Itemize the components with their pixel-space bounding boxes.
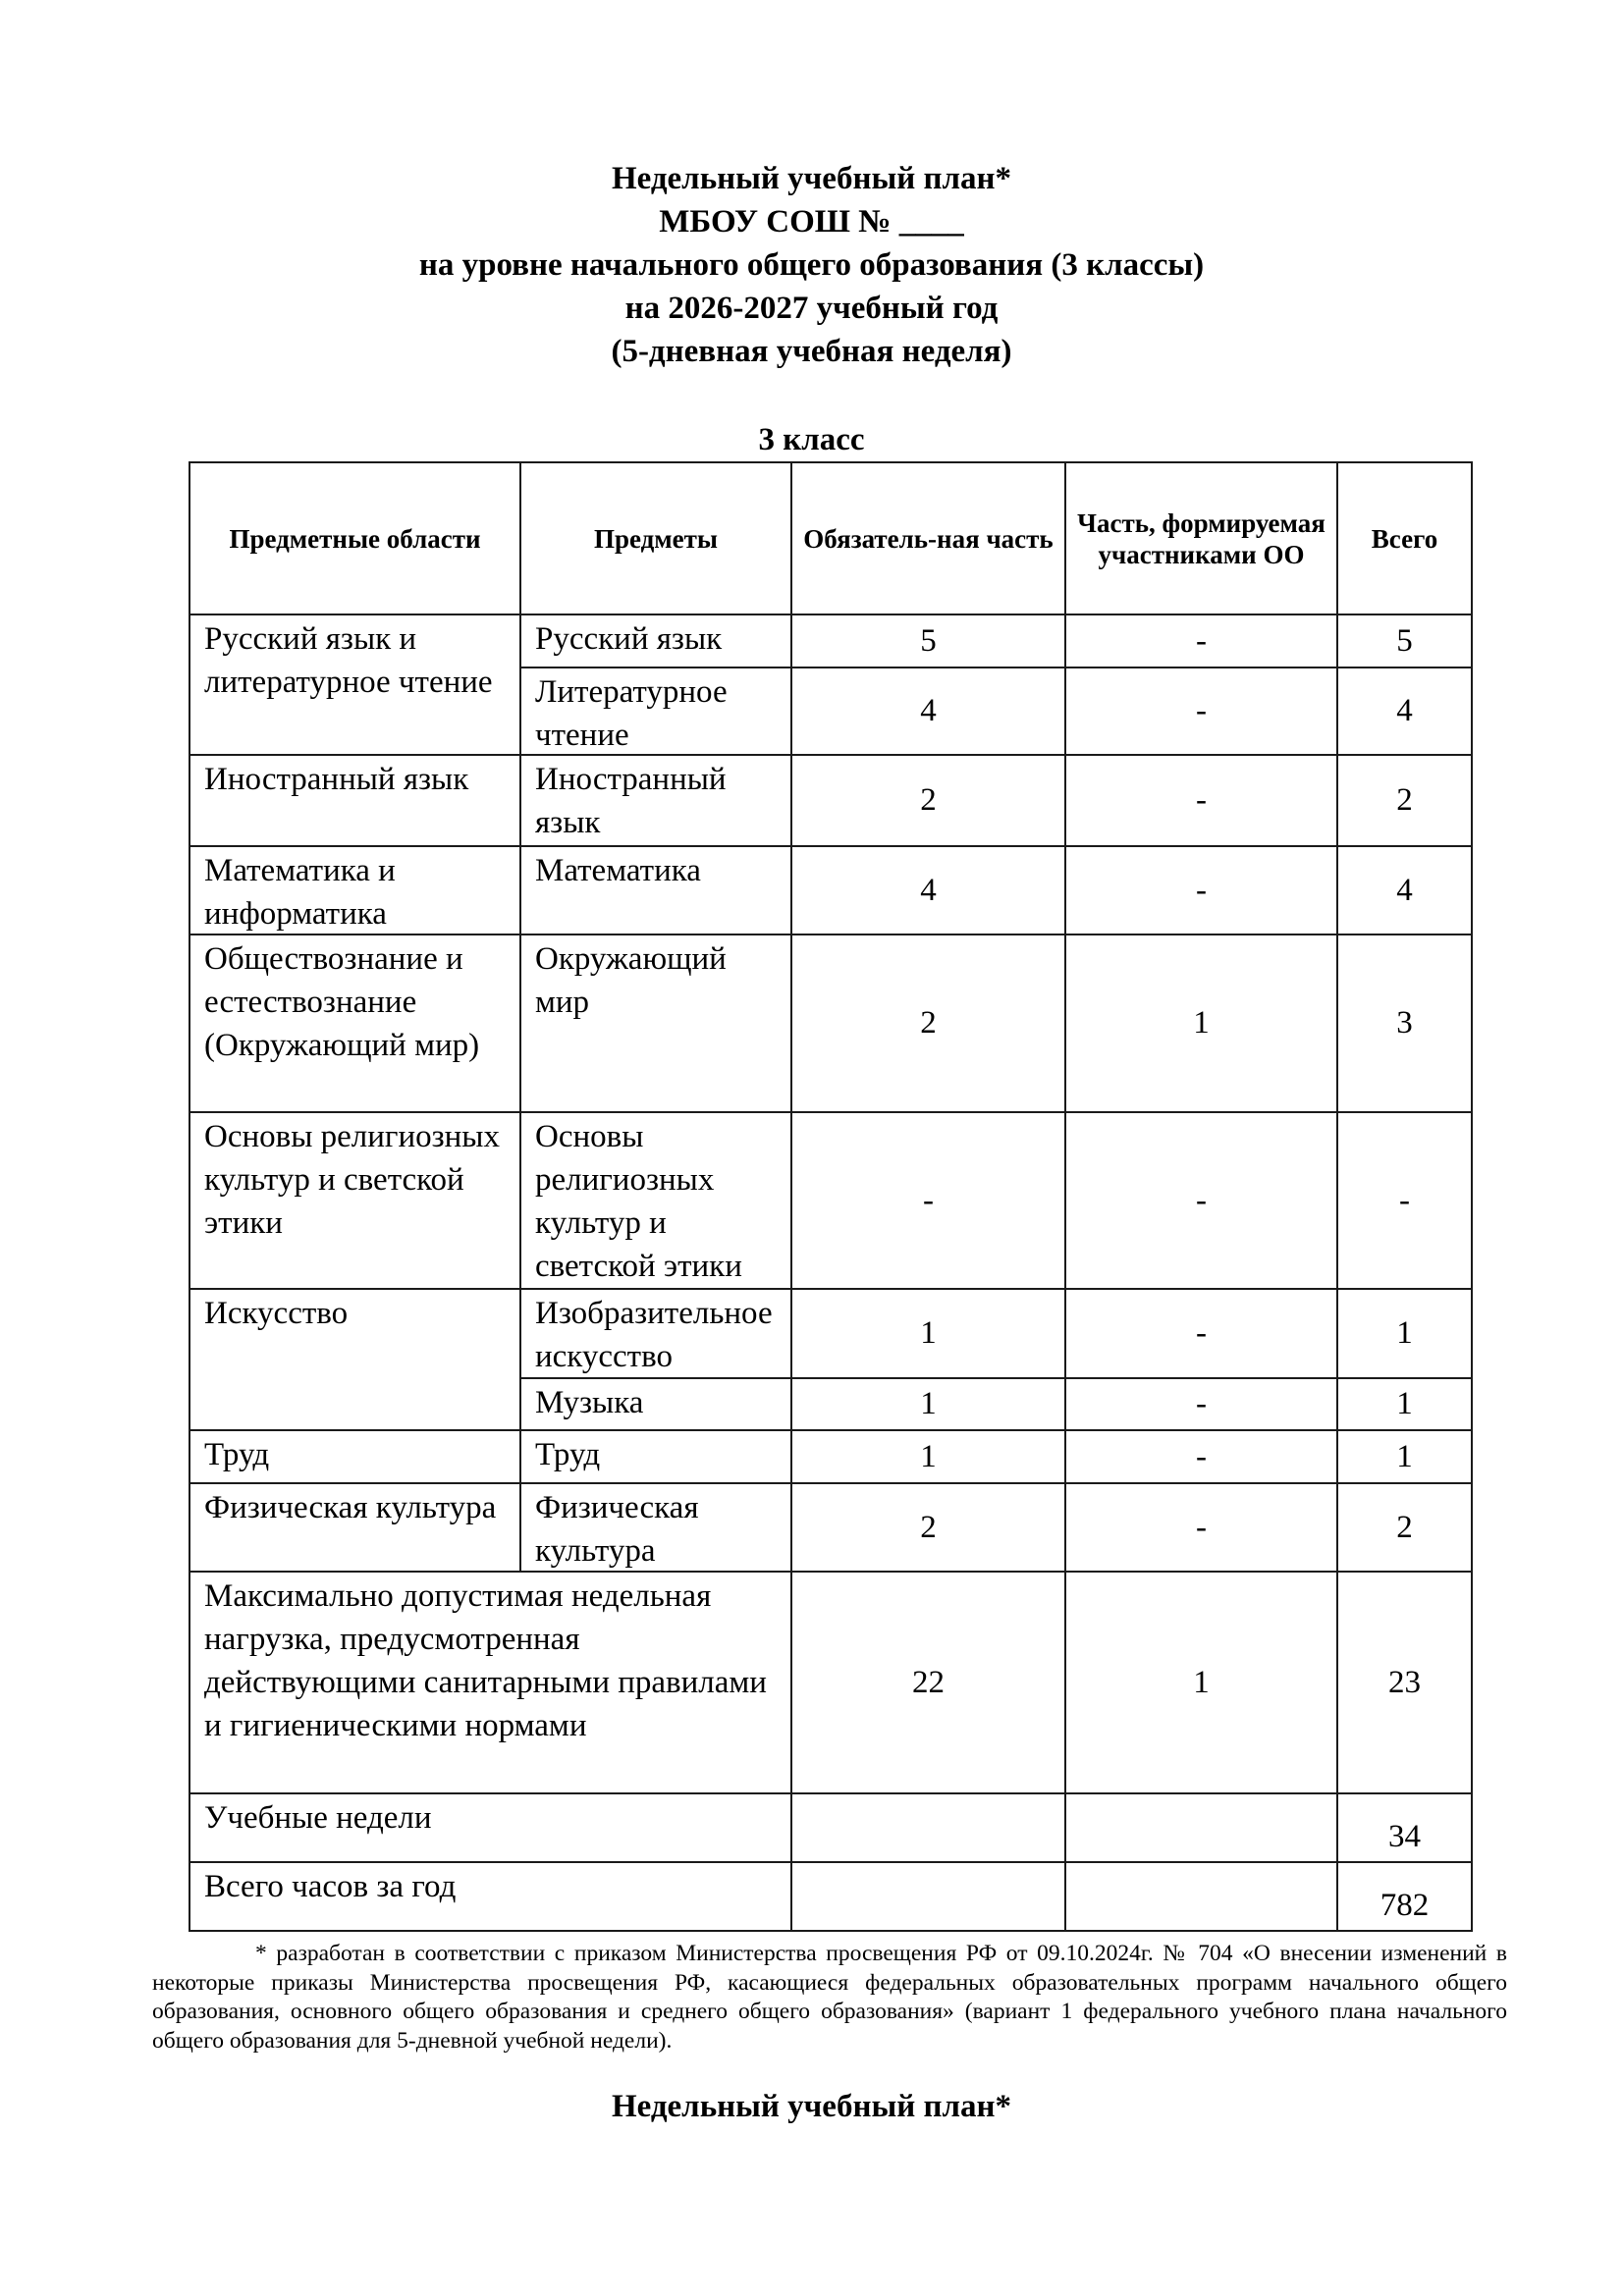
participants-cell: - [1064, 1288, 1338, 1379]
document-title: Недельный учебный план* МБОУ СОШ № ____ … [0, 157, 1623, 373]
total-cell: 1 [1336, 1288, 1473, 1379]
summary-mandatory-cell [790, 1792, 1066, 1863]
mandatory-cell: 1 [790, 1429, 1066, 1484]
subject-cell: Музыка [519, 1377, 792, 1431]
area-cell: Физическая культура [189, 1482, 521, 1573]
mandatory-cell: 4 [790, 667, 1066, 756]
area-cell: Иностранный язык [189, 754, 521, 847]
curriculum-table: Предметные области Предметы Обязатель-на… [189, 462, 1472, 1931]
header-area: Предметные области [189, 461, 521, 615]
area-cell: Искусство [189, 1288, 521, 1431]
header-subject: Предметы [519, 461, 792, 615]
class-label: 3 класс [0, 420, 1623, 459]
summary-participants-cell: 1 [1064, 1571, 1338, 1794]
title-line-4: на 2026-2027 учебный год [0, 287, 1623, 330]
total-cell: 3 [1336, 934, 1473, 1113]
area-cell: Математика и информатика [189, 845, 521, 935]
summary-label-year-hours: Всего часов за год [189, 1861, 792, 1932]
subject-cell: Изобразительное искусство [519, 1288, 792, 1379]
area-cell: Основы религиозных культур и светской эт… [189, 1111, 521, 1290]
total-cell: 2 [1336, 754, 1473, 847]
header-mandatory: Обязатель-ная часть [790, 461, 1066, 615]
total-cell: 1 [1336, 1377, 1473, 1431]
participants-cell: 1 [1064, 934, 1338, 1113]
mandatory-cell: 5 [790, 614, 1066, 668]
summary-total-cell: 34 [1336, 1792, 1473, 1863]
subject-cell: Русский язык [519, 614, 792, 668]
next-section-title: Недельный учебный план* [0, 2085, 1623, 2128]
summary-participants-cell [1064, 1792, 1338, 1863]
participants-cell: - [1064, 1377, 1338, 1431]
title-line-2: МБОУ СОШ № ____ [0, 200, 1623, 243]
total-cell: - [1336, 1111, 1473, 1290]
mandatory-cell: 4 [790, 845, 1066, 935]
mandatory-cell: 2 [790, 934, 1066, 1113]
subject-cell: Иностранный язык [519, 754, 792, 847]
total-cell: 4 [1336, 845, 1473, 935]
title-line-1: Недельный учебный план* [0, 157, 1623, 200]
participants-cell: - [1064, 1111, 1338, 1290]
subject-cell: Литературное чтение [519, 667, 792, 756]
area-cell: Русский язык и литературное чтение [189, 614, 521, 756]
mandatory-cell: 1 [790, 1288, 1066, 1379]
participants-cell: - [1064, 845, 1338, 935]
participants-cell: - [1064, 1429, 1338, 1484]
total-cell: 2 [1336, 1482, 1473, 1573]
area-cell: Обществознание и естествознание (Окружаю… [189, 934, 521, 1113]
subject-cell: Основы религиозных культур и светской эт… [519, 1111, 792, 1290]
summary-total-cell: 782 [1336, 1861, 1473, 1932]
mandatory-cell: - [790, 1111, 1066, 1290]
area-cell: Труд [189, 1429, 521, 1484]
participants-cell: - [1064, 614, 1338, 668]
total-cell: 5 [1336, 614, 1473, 668]
title-line-5: (5-дневная учебная неделя) [0, 330, 1623, 373]
mandatory-cell: 2 [790, 1482, 1066, 1573]
summary-participants-cell [1064, 1861, 1338, 1932]
header-total: Всего [1336, 461, 1473, 615]
title-line-3: на уровне начального общего образования … [0, 243, 1623, 287]
subject-cell: Физическая культура [519, 1482, 792, 1573]
mandatory-cell: 2 [790, 754, 1066, 847]
subject-cell: Математика [519, 845, 792, 935]
summary-label-weeks: Учебные недели [189, 1792, 792, 1863]
total-cell: 4 [1336, 667, 1473, 756]
header-participants: Часть, формируемая участниками ОО [1064, 461, 1338, 615]
participants-cell: - [1064, 1482, 1338, 1573]
summary-mandatory-cell: 22 [790, 1571, 1066, 1794]
summary-label-max-load: Максимально допустимая недельная нагрузк… [189, 1571, 792, 1794]
subject-cell: Окружающий мир [519, 934, 792, 1113]
total-cell: 1 [1336, 1429, 1473, 1484]
summary-total-cell: 23 [1336, 1571, 1473, 1794]
participants-cell: - [1064, 754, 1338, 847]
footnote: * разработан в соответствии с приказом М… [152, 1940, 1507, 2056]
subject-cell: Труд [519, 1429, 792, 1484]
participants-cell: - [1064, 667, 1338, 756]
summary-mandatory-cell [790, 1861, 1066, 1932]
mandatory-cell: 1 [790, 1377, 1066, 1431]
